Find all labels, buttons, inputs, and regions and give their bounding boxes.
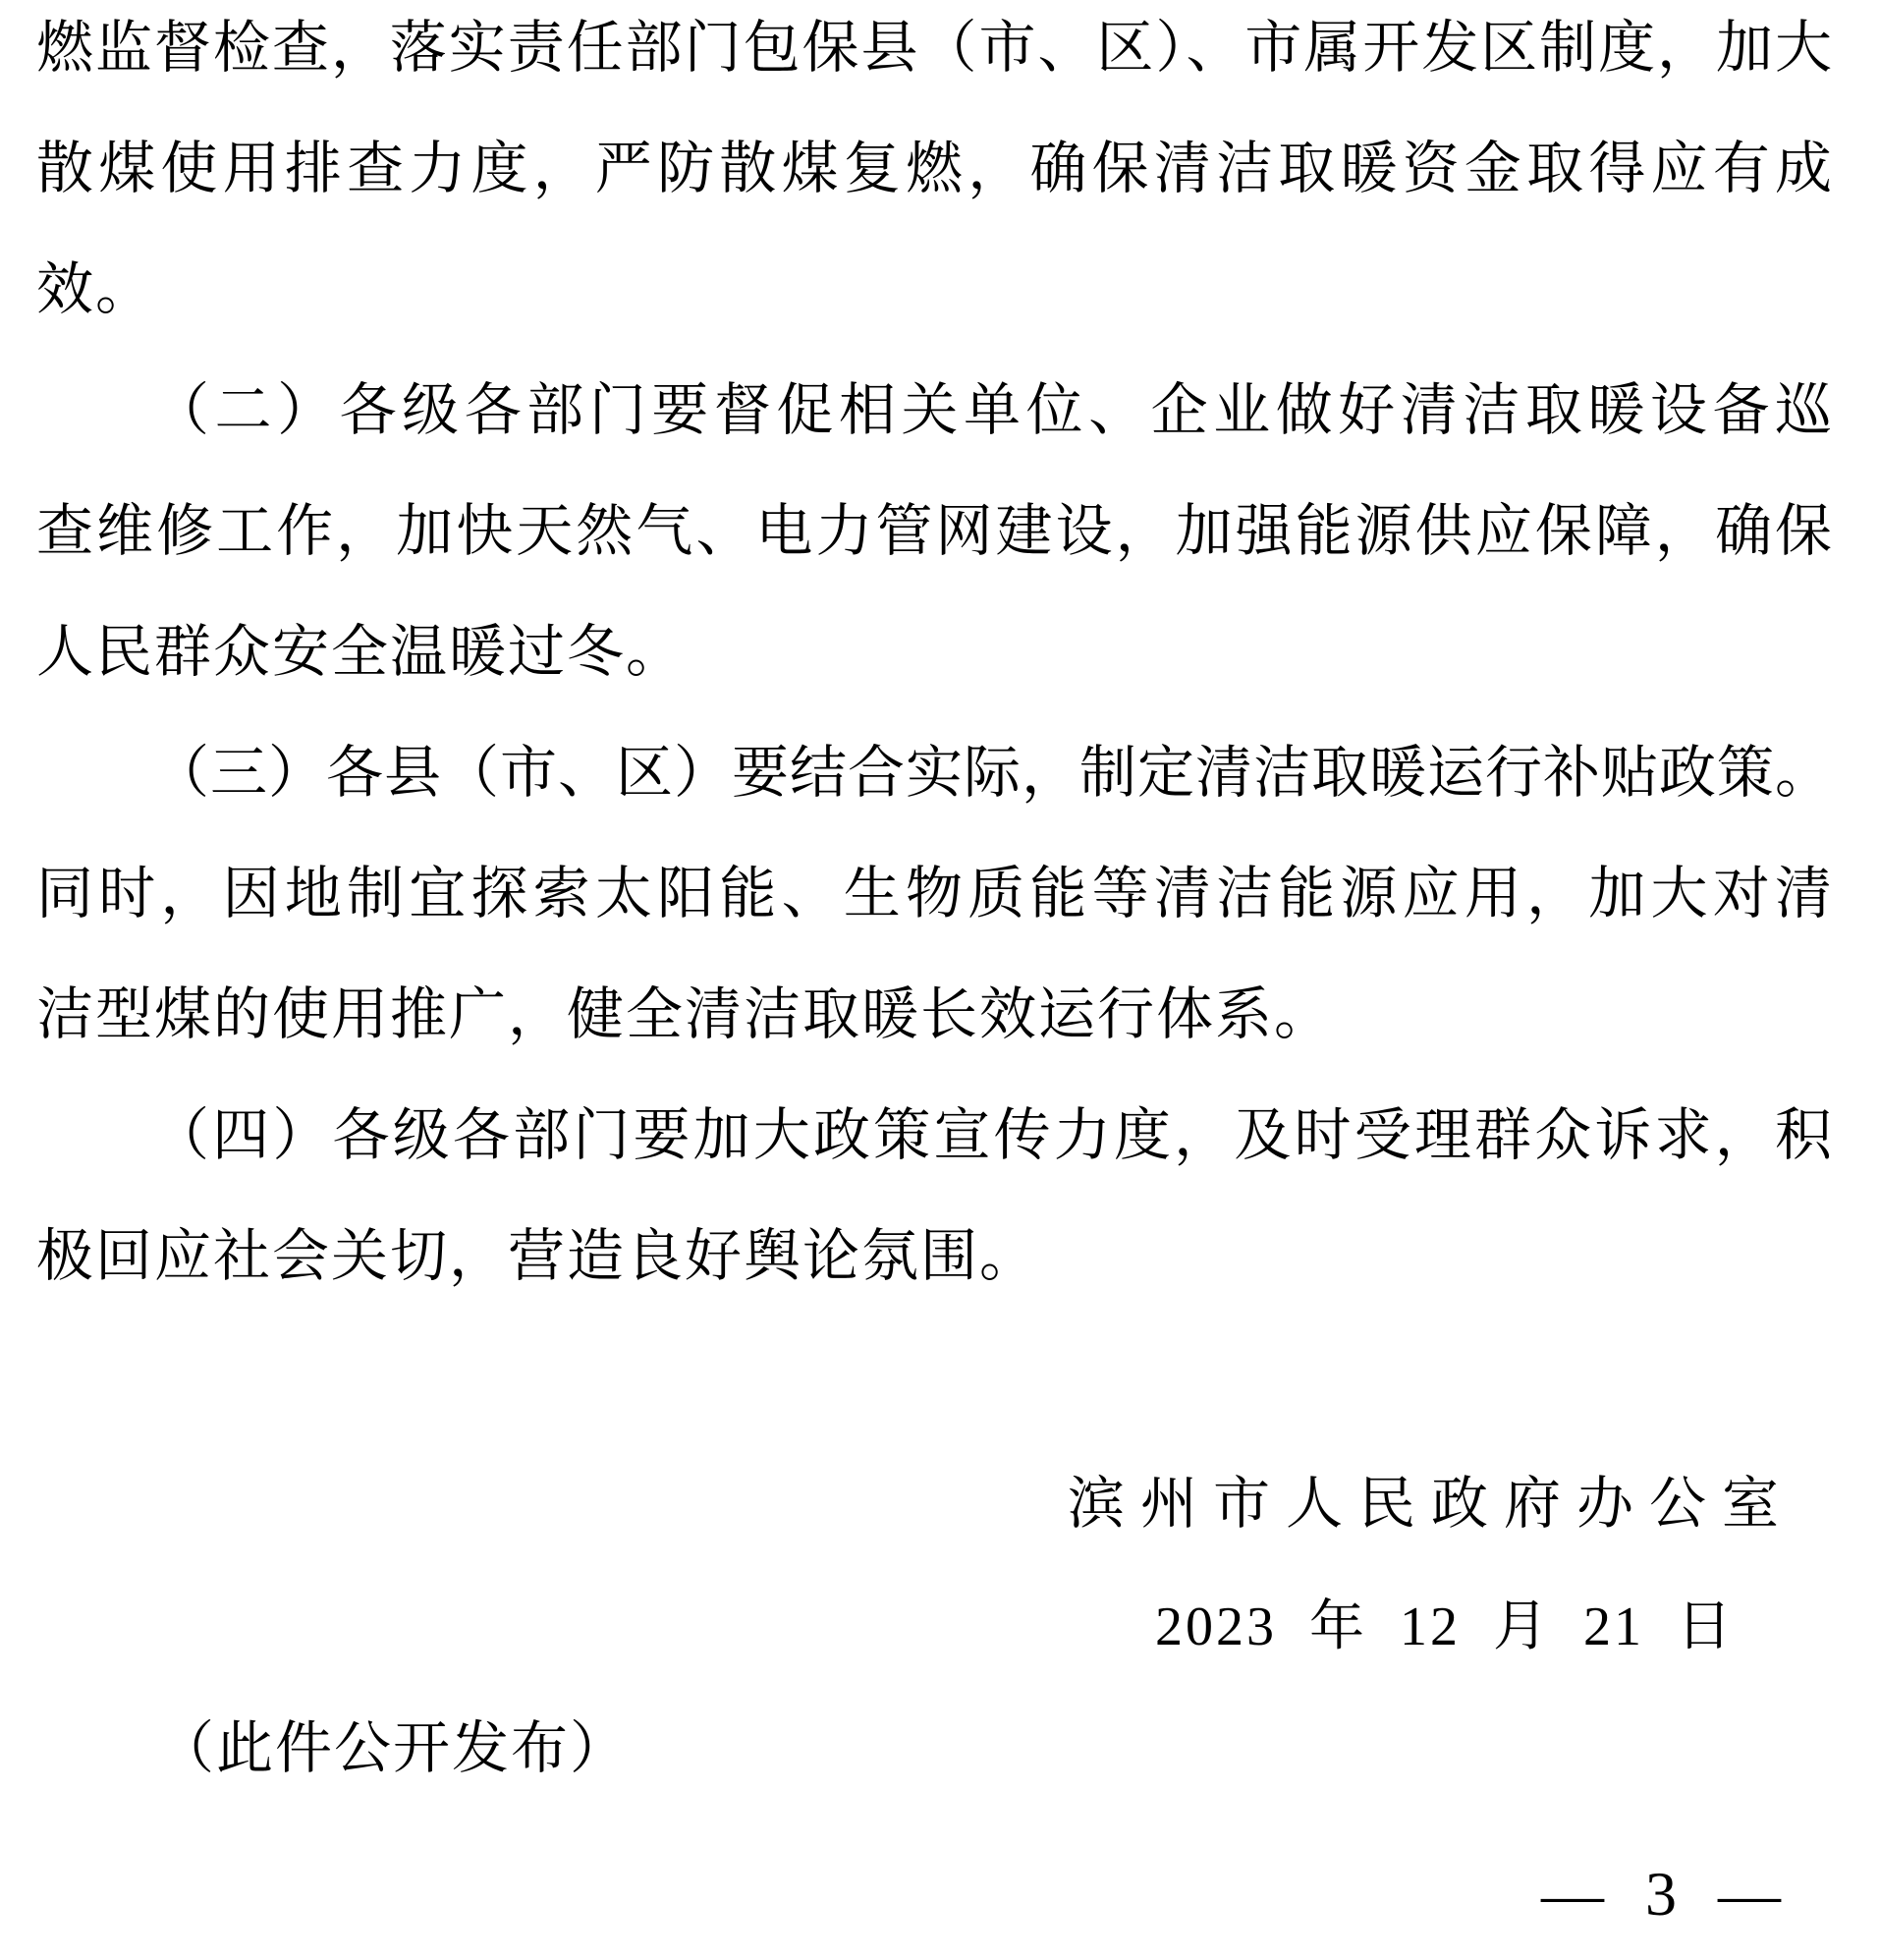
- body-line: （三）各县（市、区）要结合实际，制定清洁取暖运行补贴政策。: [36, 712, 1832, 833]
- body-line: 人民群众安全温暖过冬。: [36, 591, 1832, 712]
- body-line: 洁型煤的使用推广，健全清洁取暖长效运行体系。: [36, 954, 1832, 1075]
- page-number-dash-left: —: [1541, 1863, 1604, 1926]
- page-number: — 3 —: [1541, 1863, 1781, 1926]
- body-line: （二）各级各部门要督促相关单位、企业做好清洁取暖设备巡: [36, 350, 1832, 471]
- body-line: 燃监督检查，落实责任部门包保县（市、区）、市属开发区制度，加大: [36, 0, 1832, 108]
- body-line: 效。: [36, 229, 1832, 350]
- signature-date: 2023 年 12 月 21 日: [1155, 1599, 1735, 1654]
- body-line: 散煤使用排查力度，严防散煤复燃，确保清洁取暖资金取得应有成: [36, 108, 1832, 229]
- body-line: 同时，因地制宜探索太阳能、生物质能等清洁能源应用，加大对清: [36, 833, 1832, 954]
- document-body: 燃监督检查，落实责任部门包保县（市、区）、市属开发区制度，加大散煤使用排查力度，…: [36, 0, 1832, 1316]
- signature-org: 滨州市人民政府办公室: [1068, 1476, 1795, 1533]
- page-number-value: 3: [1645, 1863, 1677, 1926]
- body-line: 查维修工作，加快天然气、电力管网建设，加强能源供应保障，确保: [36, 471, 1832, 591]
- body-line: （四）各级各部门要加大政策宣传力度，及时受理群众诉求，积: [36, 1075, 1832, 1196]
- document-page: 燃监督检查，落实责任部门包保县（市、区）、市属开发区制度，加大散煤使用排查力度，…: [0, 0, 1879, 1960]
- page-number-dash-right: —: [1718, 1863, 1781, 1926]
- public-release-note: （此件公开发布）: [157, 1720, 629, 1777]
- body-line: 极回应社会关切，营造良好舆论氛围。: [36, 1196, 1832, 1316]
